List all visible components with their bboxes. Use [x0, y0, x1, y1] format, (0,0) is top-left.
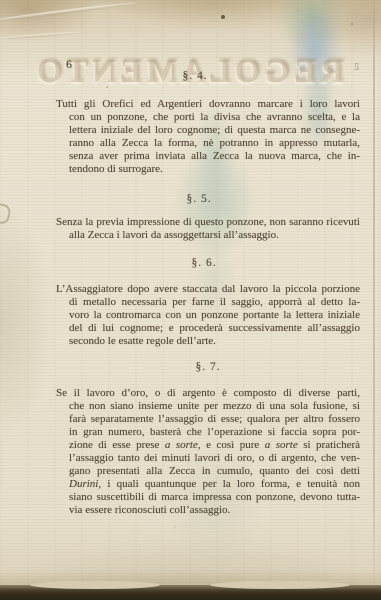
- text-line: Se il lavoro d’oro, o di argento è compo…: [56, 387, 360, 400]
- text-line: in gran numero, basterà che l’operazione…: [56, 426, 360, 439]
- text-line: di metallo necessaria per farne il saggi…: [56, 296, 360, 309]
- text-line: ranno alla Zecca la forma, nè potranno i…: [56, 137, 360, 150]
- section-heading: §. 6.: [56, 257, 360, 271]
- section-7: §. 7. Se il lavoro d’oro, o di argento è…: [56, 361, 360, 517]
- text-line: Durini, i quali quantunque per la loro f…: [56, 478, 360, 491]
- text-line: L’Assaggiatore dopo avere staccata dal l…: [56, 283, 360, 296]
- text-line: secondo le esatte regole dell’arte.: [56, 335, 360, 348]
- text-line: Senza la previa impressione di questo po…: [56, 216, 360, 229]
- section-heading: §. 4.: [56, 70, 360, 84]
- page-edge-crease: [373, 0, 375, 600]
- section-paragraph: Senza la previa impressione di questo po…: [56, 216, 360, 242]
- text-line: del di lui cognome; e procederà successi…: [56, 322, 360, 335]
- scanned-book-page: REGOLAMENTO 6 5 §. 4. Tutti gli Orefici …: [0, 0, 381, 600]
- section-paragraph: Tutti gli Orefici ed Argentieri dovranno…: [56, 98, 360, 176]
- page-bottom-edge: [30, 581, 160, 589]
- text-line: alla Zecca i lavori da assoggettarsi all…: [56, 229, 360, 242]
- text-line: con un ponzone, che porti la divisa che …: [56, 111, 360, 124]
- text-line: voro la contromarca con un ponzone porta…: [56, 309, 360, 322]
- text-line: senza aver prima inviata alla Zecca la n…: [56, 150, 360, 163]
- section-paragraph: L’Assaggiatore dopo avere staccata dal l…: [56, 283, 360, 348]
- text-line: tendono di surrogare.: [56, 163, 360, 176]
- text-line: siano suscettibili di marca impressa con…: [56, 491, 360, 504]
- section-paragraph: Se il lavoro d’oro, o di argento è compo…: [56, 387, 360, 517]
- text-line: Tutti gli Orefici ed Argentieri dovranno…: [56, 98, 360, 111]
- text-line: gano presentati alla Zecca in cumulo, qu…: [56, 465, 360, 478]
- section-4: §. 4. Tutti gli Orefici ed Argentieri do…: [56, 70, 360, 176]
- paper-speck: [221, 15, 225, 19]
- section-6: §. 6. L’Assaggiatore dopo avere staccata…: [56, 257, 360, 348]
- section-heading: §. 5.: [56, 193, 360, 207]
- text-line: che non siano insieme unite per mezzo di…: [56, 400, 360, 413]
- section-5: §. 5. Senza la previa impressione di que…: [56, 193, 360, 242]
- page-bottom-edge: [210, 581, 350, 589]
- text-line: via essere riconosciuti coll’assaggio.: [56, 504, 360, 517]
- text-line: farà separatamente l’assaggio di esse; q…: [56, 413, 360, 426]
- text-line: lettera iniziale del loro cognome; di qu…: [56, 124, 360, 137]
- section-heading: §. 7.: [56, 361, 360, 375]
- text-line: l’assaggio tanto dei minuti lavori di or…: [56, 452, 360, 465]
- text-line: zione di esse prese a sorte, e così pure…: [56, 439, 360, 452]
